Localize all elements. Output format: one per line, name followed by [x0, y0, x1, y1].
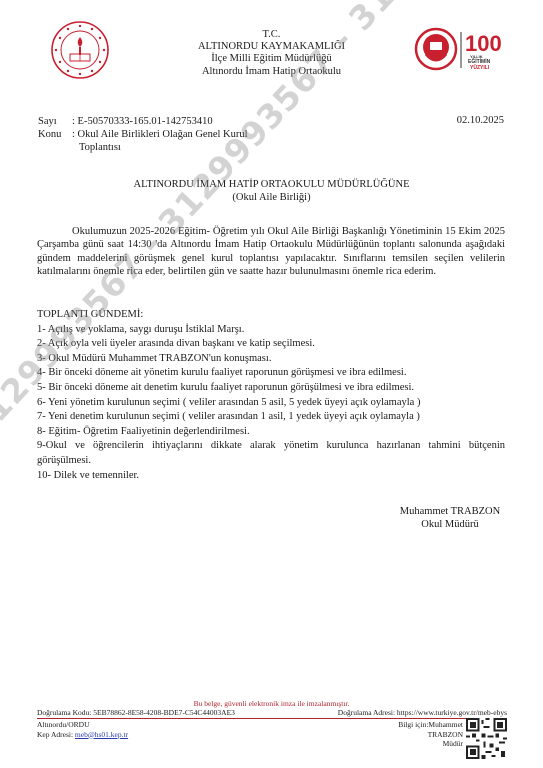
verification-code: Doğrulama Kodu: 5EB78862-8E58-4208-BDE7-… [37, 708, 235, 717]
addressee-line2: (Okul Aile Birliği) [0, 191, 543, 204]
header-tc: T.C. [0, 29, 543, 41]
verification-address[interactable]: Doğrulama Adresi: https://www.turkiye.go… [338, 708, 507, 717]
agenda-item: 1- Açılış ve yoklama, saygı duruşu İstik… [37, 323, 505, 338]
header-school: Altınordu İmam Hatip Ortaokulu [0, 66, 543, 78]
agenda-item: 9-Okul ve öğrencilerin ihtiyaçlarını dik… [37, 439, 505, 468]
signer-name: Muhammet TRABZON [390, 505, 510, 518]
agenda-item: 10- Dilek ve temenniler. [37, 469, 505, 484]
document-date: 02.10.2025 [457, 115, 504, 126]
agenda: TOPLANTI GÜNDEMİ: 1- Açılış ve yoklama, … [37, 308, 505, 483]
sayi-label: Sayı [38, 115, 72, 128]
footer-location: Altınordu/ORDU [37, 720, 128, 730]
signature-block: Muhammet TRABZON Okul Müdürü [390, 505, 510, 531]
qr-code-icon[interactable] [466, 718, 507, 759]
agenda-item: 5- Bir önceki döneme ait denetim kurulu … [37, 381, 505, 396]
konu-label: Konu [38, 128, 72, 141]
e-signature-notice: Bu belge, güvenli elektronik imza ile im… [0, 699, 543, 708]
kep-address-link[interactable]: meb@hs01.kep.tr [75, 730, 128, 739]
info-line: TRABZON [380, 730, 463, 740]
body-paragraph: Okulumuzun 2025-2026 Eğitim- Öğretim yıl… [37, 225, 505, 279]
kep-label: Kep Adresi: [37, 730, 75, 739]
addressee-line1: ALTINORDU İMAM HATİP ORTAOKULU MÜDÜRLÜĞÜ… [0, 178, 543, 191]
agenda-title: TOPLANTI GÜNDEMİ: [37, 308, 505, 323]
verification-row: Doğrulama Kodu: 5EB78862-8E58-4208-BDE7-… [37, 708, 507, 719]
agenda-item: 8- Eğitim- Öğretim Faaliyetinin değerlen… [37, 425, 505, 440]
letterhead: T.C. ALTINORDU KAYMAKAMLIĞI İlçe Milli E… [0, 29, 543, 78]
agenda-item: 4- Bir önceki döneme ait yönetim kurulu … [37, 366, 505, 381]
info-line: Müdür [380, 739, 463, 749]
footer-contact: Altınordu/ORDU Kep Adresi: meb@hs01.kep.… [37, 720, 128, 739]
konu-value: : Okul Aile Birlikleri Olağan Genel Kuru… [72, 128, 312, 141]
agenda-item: 3- Okul Müdürü Muhammet TRABZON'un konuş… [37, 352, 505, 367]
agenda-item: 2- Açık oyla veli üyeler arasında divan … [37, 337, 505, 352]
agenda-item: 6- Yeni yönetim kurulunun seçimi ( velil… [37, 396, 505, 411]
footer-info: Bilgi için:Muhammet TRABZON Müdür [380, 720, 463, 749]
header-kaymakamlik: ALTINORDU KAYMAKAMLIĞI [0, 41, 543, 53]
document-meta: Sayı : E-50570333-165.01-142753410 Konu … [38, 115, 319, 154]
header-directorate: İlçe Milli Eğitim Müdürlüğü [0, 53, 543, 65]
agenda-item: 7- Yeni denetim kurulunun seçimi ( velil… [37, 410, 505, 425]
info-line: Bilgi için:Muhammet [380, 720, 463, 730]
sayi-value: : E-50570333-165.01-142753410 [72, 115, 312, 128]
signer-title: Okul Müdürü [390, 518, 510, 531]
konu-value-cont: Toplantısı [72, 141, 319, 154]
addressee: ALTINORDU İMAM HATİP ORTAOKULU MÜDÜRLÜĞÜ… [0, 178, 543, 204]
